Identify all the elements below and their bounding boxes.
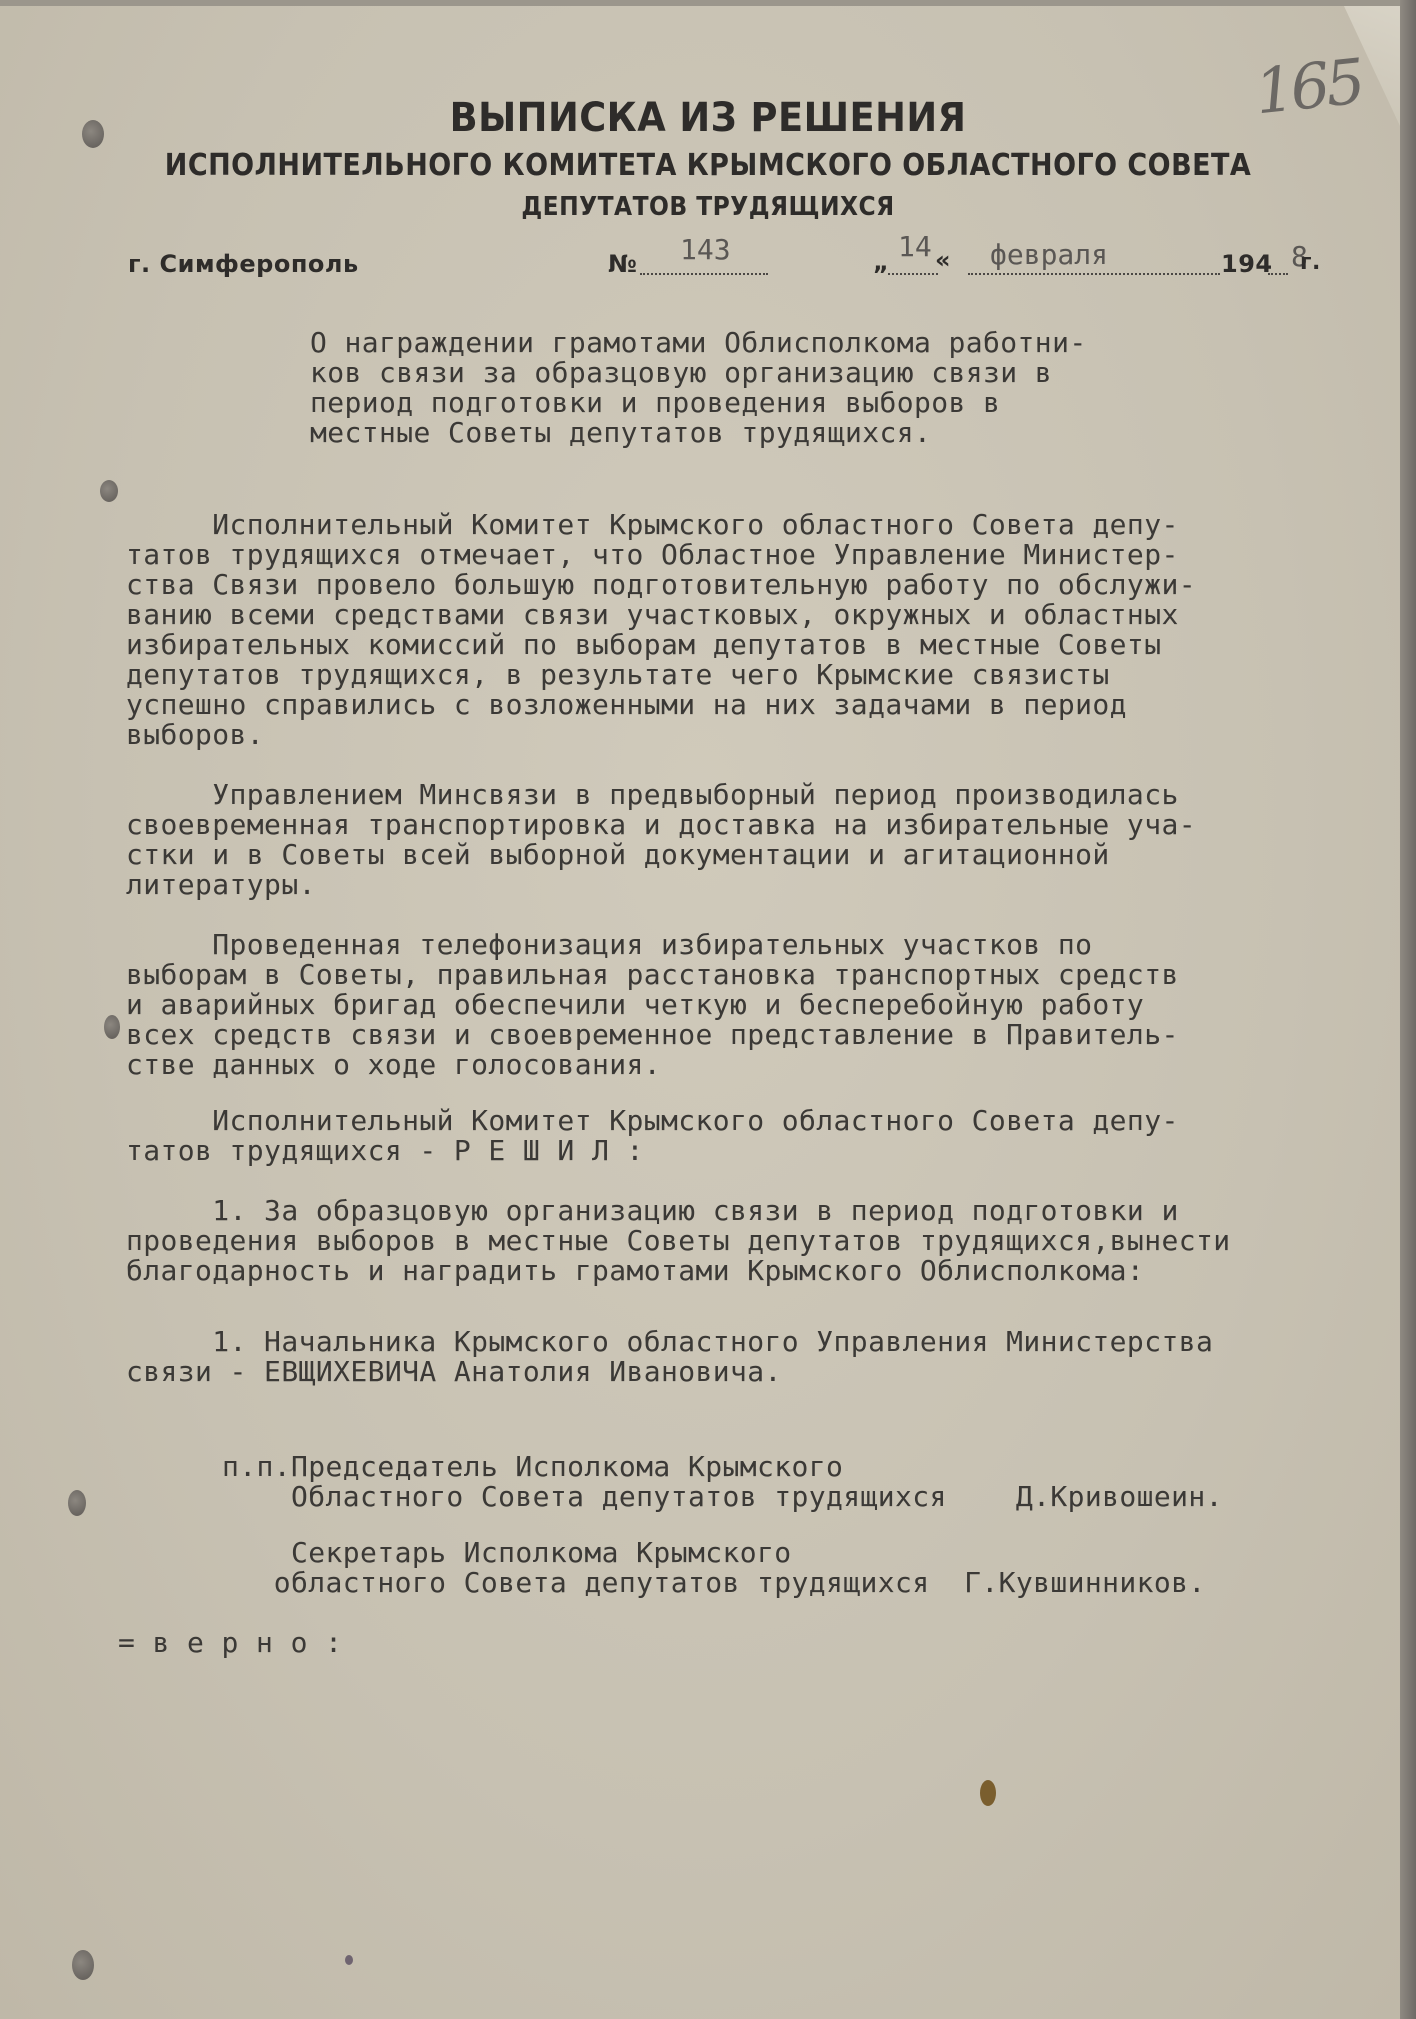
date-year-suffix: г. xyxy=(1300,250,1321,275)
punch-hole-icon xyxy=(100,480,118,502)
date-quote-open: „ xyxy=(873,248,889,276)
punch-hole-icon xyxy=(104,1015,120,1039)
stain xyxy=(980,1780,996,1806)
signature-chairman-name: Областного Совета депутатов трудящихся Д… xyxy=(222,1482,1223,1512)
paragraph-line: ванию всеми средствами связи участковых,… xyxy=(126,600,1179,630)
paragraph-line: стки и в Советы всей выборной документац… xyxy=(126,840,1110,870)
paragraph-line: и аварийных бригад обеспечили четкую и б… xyxy=(126,990,1144,1020)
month-dotted-line xyxy=(968,273,1220,275)
signature-chairman-title: п.п.Председатель Исполкома Крымского xyxy=(222,1452,843,1482)
certification-mark: = в е р н о : xyxy=(118,1628,342,1658)
stain xyxy=(345,1955,353,1965)
resolution-point-line: 1. За образцовую организацию связи в пер… xyxy=(126,1196,1179,1226)
resolution-point-line: проведения выборов в местные Советы депу… xyxy=(126,1226,1230,1256)
resolution-point-line: благодарность и наградить грамотами Крым… xyxy=(126,1256,1144,1286)
date-day: 14 xyxy=(898,230,932,263)
punch-hole-icon xyxy=(68,1490,86,1516)
issuing-body-line2: ДЕПУТАТОВ ТРУДЯЩИХСЯ xyxy=(71,192,1345,222)
city: г. Симферополь xyxy=(128,250,359,278)
day-dotted-line xyxy=(888,273,938,275)
subject-line: ков связи за образцовую организацию связ… xyxy=(310,358,1052,388)
page-top-edge xyxy=(0,0,1416,6)
page-right-edge xyxy=(1400,0,1416,2019)
paragraph-line: Исполнительный Комитет Крымского областн… xyxy=(126,510,1179,540)
number-label: № xyxy=(608,250,637,278)
paragraph-line: ства Связи провело большую подготовитель… xyxy=(126,570,1196,600)
date-quote-close: « xyxy=(935,246,951,274)
decision-number: 143 xyxy=(680,233,731,266)
paragraph-line: литературы. xyxy=(126,870,316,900)
number-dotted-line xyxy=(640,273,768,275)
paragraph-line: стве данных о ходе голосования. xyxy=(126,1050,661,1080)
paragraph-line: выборов. xyxy=(126,720,264,750)
paragraph-line: татов трудящихся отмечает, что Областное… xyxy=(126,540,1179,570)
awardee-line: 1. Начальника Крымского областного Управ… xyxy=(126,1327,1213,1357)
subject-line: О награждении грамотами Облисполкома раб… xyxy=(310,328,1087,358)
resolution-intro-line: Исполнительный Комитет Крымского областн… xyxy=(126,1106,1179,1136)
paragraph-line: депутатов трудящихся, в результате чего … xyxy=(126,660,1110,690)
date-year-prefix: 194 xyxy=(1221,250,1273,278)
paragraph-line: Управлением Минсвязи в предвыборный пери… xyxy=(126,780,1179,810)
punch-hole-icon xyxy=(72,1950,94,1980)
resolution-intro-line: татов трудящихся - Р Е Ш И Л : xyxy=(126,1136,644,1166)
year-dotted-line xyxy=(1268,273,1288,275)
subject-line: местные Советы депутатов трудящихся. xyxy=(310,418,931,448)
issuing-body: ИСПОЛНИТЕЛЬНОГО КОМИТЕТА КРЫМСКОГО ОБЛАС… xyxy=(71,148,1345,183)
document-title: ВЫПИСКА ИЗ РЕШЕНИЯ xyxy=(57,95,1360,141)
date-month: февраля xyxy=(990,238,1108,271)
signature-secretary-title: Секретарь Исполкома Крымского xyxy=(222,1538,792,1568)
signature-secretary-name: областного Совета депутатов трудящихся Г… xyxy=(222,1568,1206,1598)
paragraph-line: Проведенная телефонизация избирательных … xyxy=(126,930,1092,960)
subject-line: период подготовки и проведения выборов в xyxy=(310,388,1000,418)
paragraph-line: успешно справились с возложенными на них… xyxy=(126,690,1127,720)
paragraph-line: своевременная транспортировка и доставка… xyxy=(126,810,1196,840)
paragraph-line: выборам в Советы, правильная расстановка… xyxy=(126,960,1179,990)
awardee-line: связи - ЕВЩИХЕВИЧА Анатолия Ивановича. xyxy=(126,1357,782,1387)
paragraph-line: избирательных комиссий по выборам депута… xyxy=(126,630,1161,660)
paragraph-line: всех средств связи и своевременное предс… xyxy=(126,1020,1179,1050)
